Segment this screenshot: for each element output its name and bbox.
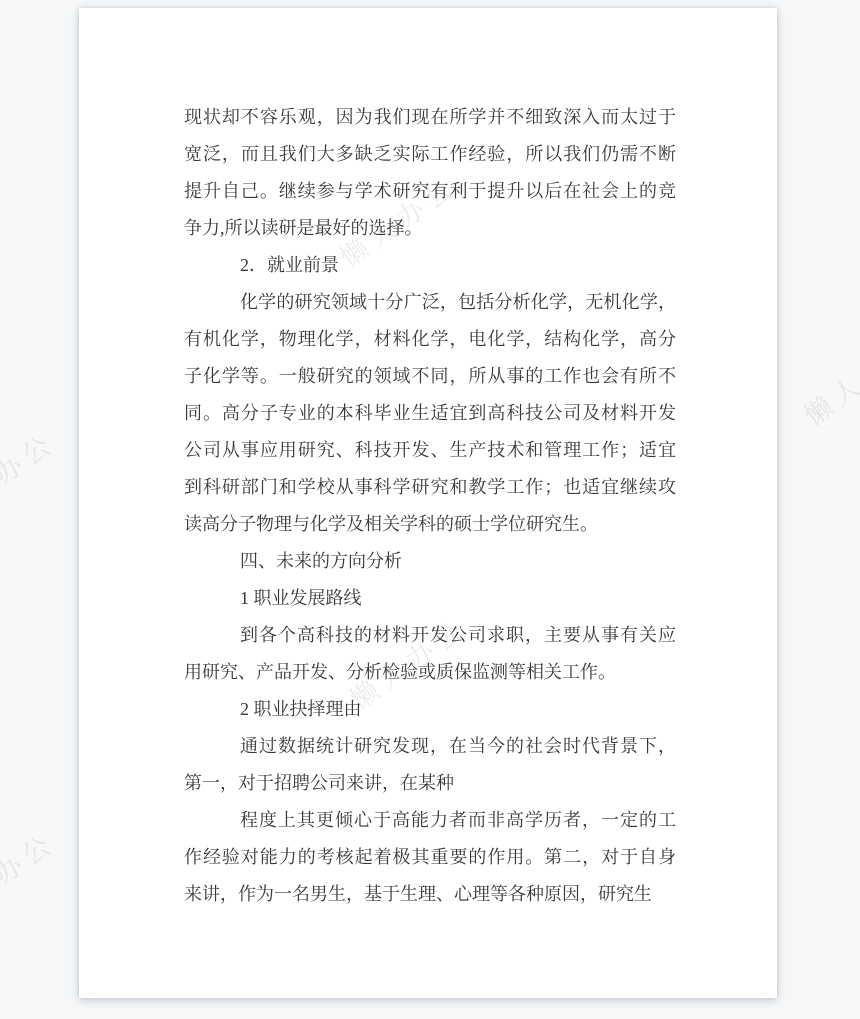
watermark-text: 懒人办公 [0, 421, 63, 531]
paragraph: 化学的研究领域十分广泛，包括分析化学，无机化学，有机化学，物理化学，材料化学，电… [184, 284, 676, 543]
text-line: 公司从事应用研究、科技开发、生产技术和管理工作；适宜 [184, 432, 676, 469]
text-line: 作经验对能力的考核起着极其重要的作用。第二，对于自身 [184, 839, 676, 876]
text-line: 2．就业前景 [184, 247, 676, 284]
text-line: 争力,所以读研是最好的选择。 [184, 210, 676, 247]
text-line: 1 职业发展路线 [184, 580, 676, 617]
text-line: 提升自己。继续参与学术研究有利于提升以后在社会上的竞 [184, 173, 676, 210]
document-body: 现状却不容乐观，因为我们现在所学并不细致深入而太过于宽泛，而且我们大多缺乏实际工… [184, 99, 676, 913]
paragraph: 2 职业抉择理由 [184, 691, 676, 728]
text-line: 子化学等。一般研究的领域不同，所从事的工作也会有所不 [184, 358, 676, 395]
paragraph: 1 职业发展路线 [184, 580, 676, 617]
paragraph: 通过数据统计研究发现，在当今的社会时代背景下，第一，对于招聘公司来讲，在某种 [184, 728, 676, 802]
text-line: 同。高分子专业的本科毕业生适宜到高科技公司及材料开发 [184, 395, 676, 432]
paragraph: 到各个高科技的材料开发公司求职，主要从事有关应用研究、产品开发、分析检验或质保监… [184, 617, 676, 691]
text-line: 到各个高科技的材料开发公司求职，主要从事有关应 [184, 617, 676, 654]
paragraph: 2．就业前景 [184, 247, 676, 284]
paragraph: 程度上其更倾心于高能力者而非高学历者，一定的工作经验对能力的考核起着极其重要的作… [184, 802, 676, 913]
text-line: 到科研部门和学校从事科学研究和教学工作；也适宜继续攻 [184, 469, 676, 506]
text-line: 2 职业抉择理由 [184, 691, 676, 728]
text-line: 通过数据统计研究发现，在当今的社会时代背景下， [184, 728, 676, 765]
text-line: 宽泛，而且我们大多缺乏实际工作经验，所以我们仍需不断 [184, 136, 676, 173]
text-line: 四、未来的方向分析 [184, 543, 676, 580]
paragraph: 四、未来的方向分析 [184, 543, 676, 580]
text-line: 现状却不容乐观，因为我们现在所学并不细致深入而太过于 [184, 99, 676, 136]
text-line: 读高分子物理与化学及相关学科的硕士学位研究生。 [184, 506, 676, 543]
watermark-text: 懒人办公 [795, 323, 860, 433]
text-line: 第一，对于招聘公司来讲，在某种 [184, 765, 676, 802]
document-viewer-background: 现状却不容乐观，因为我们现在所学并不细致深入而太过于宽泛，而且我们大多缺乏实际工… [0, 0, 860, 1019]
text-line: 来讲，作为一名男生，基于生理、心理等各种原因，研究生 [184, 876, 676, 913]
watermark-text: 懒人办公 [0, 821, 63, 931]
text-line: 有机化学，物理化学，材料化学，电化学，结构化学，高分 [184, 321, 676, 358]
text-line: 用研究、产品开发、分析检验或质保监测等相关工作。 [184, 654, 676, 691]
paragraph: 现状却不容乐观，因为我们现在所学并不细致深入而太过于宽泛，而且我们大多缺乏实际工… [184, 99, 676, 247]
document-page: 现状却不容乐观，因为我们现在所学并不细致深入而太过于宽泛，而且我们大多缺乏实际工… [79, 8, 777, 998]
text-line: 程度上其更倾心于高能力者而非高学历者，一定的工 [184, 802, 676, 839]
text-line: 化学的研究领域十分广泛，包括分析化学，无机化学， [184, 284, 676, 321]
